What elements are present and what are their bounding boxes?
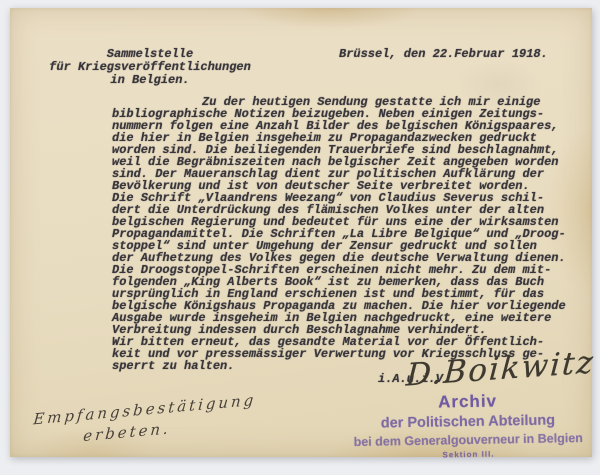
letter-paper: Sammelstelle für Kriegsveröffentlichunge… (10, 8, 592, 457)
stamp-line-archiv: Archiv (341, 390, 593, 414)
stamp-line-abteilung: der Politischen Abteilung (342, 412, 594, 432)
sender-line: in Belgien. (45, 74, 255, 87)
scanned-letter-page: { "letter": { "sender": [ "Sammelstelle"… (0, 0, 600, 475)
handwritten-receipt-note: Empfangsbestätigung erbeten. (31, 389, 274, 449)
letter-body: Zu der heutigen Sendung gestatte ich mir… (112, 96, 582, 372)
stamp-line-sektion: Sektion III. (342, 448, 594, 461)
sender-address-block: Sammelstelle für Kriegsveröffentlichunge… (45, 48, 255, 87)
dateline: Brüssel, den 22.Februar 1918. (339, 47, 548, 61)
stamp-line-gouverneur: bei dem Generalgouverneur in Belgien (342, 431, 594, 449)
archive-stamp: Archiv der Politischen Abteilung bei dem… (341, 390, 594, 461)
